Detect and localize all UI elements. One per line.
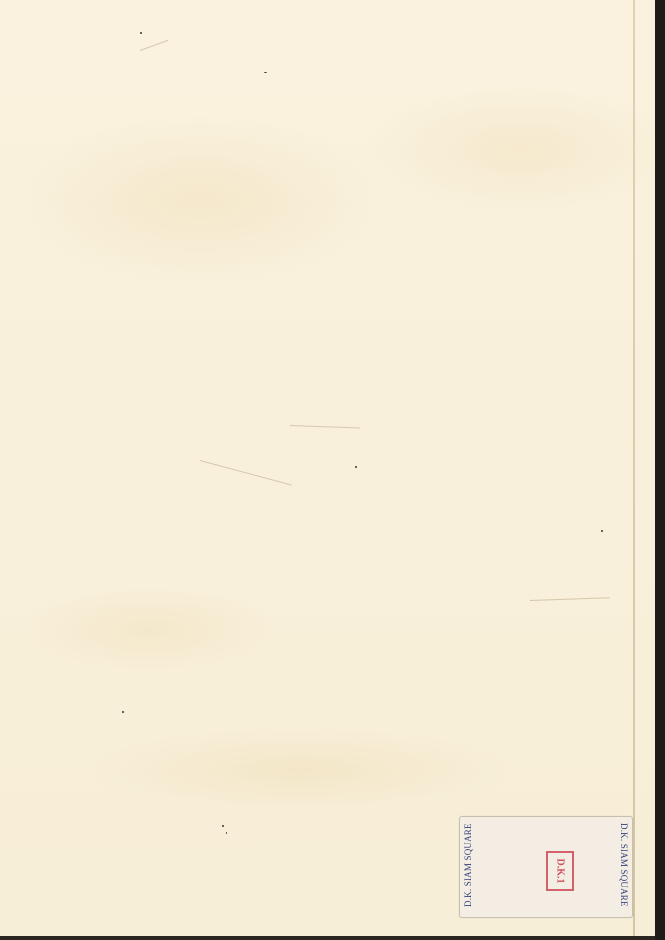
speck <box>355 466 357 468</box>
speck <box>222 825 224 827</box>
sticker-right-column: D.K. SIAM SQUARE <box>616 819 630 915</box>
stamp-box: D.K.1 <box>546 851 574 891</box>
stamp-code: D.K.1 <box>555 859 566 884</box>
speck <box>601 530 603 532</box>
speck <box>140 32 142 34</box>
speck <box>122 711 124 713</box>
store-name-right: D.K. SIAM SQUARE <box>619 823 629 907</box>
speck <box>226 832 227 834</box>
spine-fold-line <box>633 0 635 936</box>
background-edge <box>655 0 665 940</box>
speck <box>264 72 267 73</box>
scratch <box>530 597 610 601</box>
scratch <box>140 40 169 51</box>
book-back-cover: D.K. SIAM SQUARE D.K.1 D.K. SIAM SQUARE <box>0 0 656 936</box>
scratch <box>290 425 360 428</box>
scratch <box>200 460 292 486</box>
store-name-left: D.K. SIAM SQUARE <box>463 823 473 907</box>
price-sticker: D.K. SIAM SQUARE D.K.1 D.K. SIAM SQUARE <box>459 816 633 918</box>
sticker-left-column: D.K. SIAM SQUARE <box>462 819 476 915</box>
